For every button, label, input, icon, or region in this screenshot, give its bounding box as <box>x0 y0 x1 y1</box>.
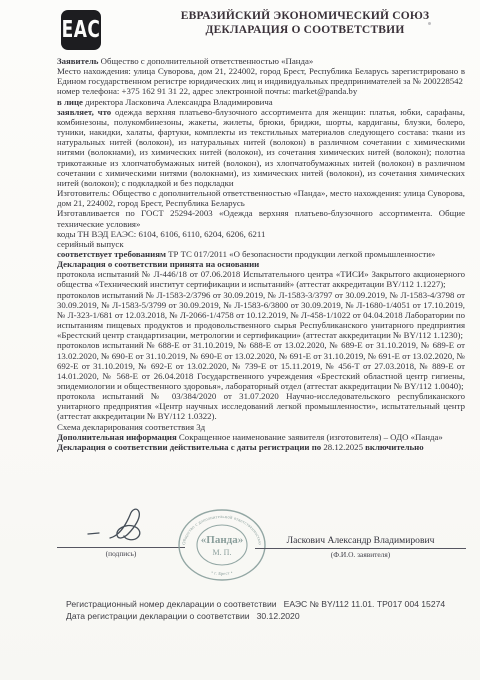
paragraph: Изготовитель: Общество с дополнительной … <box>57 188 465 208</box>
declaration-document-page: ЕАС ЕВРАЗИЙСКИЙ ЭКОНОМИЧЕСКИЙ СОЮЗ ДЕКЛА… <box>0 0 480 680</box>
registration-date-row: Дата регистрации декларации о соответств… <box>66 611 445 623</box>
paragraph: коды ТН ВЭД ЕАЭС: 6104, 6106, 6110, 6204… <box>57 229 465 239</box>
registration-block: Регистрационный номер декларации о соотв… <box>66 599 445 622</box>
registration-date-value: 30.12.2020 <box>257 611 300 621</box>
signature-line <box>57 547 185 548</box>
declarant-name-line <box>255 548 466 549</box>
paragraph: Дополнительная информация Сокращенное на… <box>57 432 465 442</box>
paragraph: протоколов испытаний № Л-1583-2/3796 от … <box>57 290 465 341</box>
paragraph: номер телефона: +375 162 91 31 22, адрес… <box>57 86 465 96</box>
paragraph: протокола испытаний № 03/384/2020 от 31.… <box>57 391 465 421</box>
paragraph: Место нахождения: улица Суворова, дом 21… <box>57 66 465 86</box>
paragraph: Декларация о соответствии действительна … <box>57 442 465 452</box>
declarant-name-caption: (Ф.И.О. заявителя) <box>255 550 466 559</box>
stamp-ring-bottom-text: • г. Брест • <box>211 570 234 577</box>
paragraph: Схема декларирования соответствия 3д <box>57 422 465 432</box>
handwritten-signature <box>84 503 162 553</box>
declarant-name: Ласкович Александр Владимирович <box>255 535 466 546</box>
stamp-mp-text: М. П. <box>213 548 232 557</box>
paragraph: Декларация о соответствии принята на осн… <box>57 259 465 269</box>
union-title: ЕВРАЗИЙСКИЙ ЭКОНОМИЧЕСКИЙ СОЮЗ <box>138 9 472 23</box>
paragraph: протоколов испытаний № 688-Е от 31.10.20… <box>57 340 465 391</box>
paragraph: протокола испытаний № Л-446/18 от 07.06.… <box>57 269 465 289</box>
paragraph: соответствует требованиям ТР ТС 017/2011… <box>57 249 465 259</box>
signature-caption: (подпись) <box>57 549 185 558</box>
registration-date-label: Дата регистрации декларации о соответств… <box>66 611 250 621</box>
scan-artifact-dot <box>428 22 431 25</box>
paragraph: заявляет, что одежда верхняя платьево-бл… <box>57 107 465 188</box>
stamp-company-name: «Панда» <box>201 534 243 546</box>
doc-title: ДЕКЛАРАЦИЯ О СООТВЕТСТВИИ <box>138 23 472 37</box>
svg-text:• г. Брест •: • г. Брест • <box>211 570 234 577</box>
registration-number-value: ЕАЭС № BY/112 11.01. ТР017 004 15274 <box>284 599 446 609</box>
registration-number-row: Регистрационный номер декларации о соотв… <box>66 599 445 611</box>
paragraph: серийный выпуск <box>57 239 465 249</box>
eac-logo: ЕАС <box>61 10 101 50</box>
paragraph: Изготавливается по ГОСТ 25294-2003 «Одеж… <box>57 208 465 228</box>
document-body: Заявитель Общество с дополнительной отве… <box>57 56 465 452</box>
registration-number-label: Регистрационный номер декларации о соотв… <box>66 599 277 609</box>
document-header: ЕВРАЗИЙСКИЙ ЭКОНОМИЧЕСКИЙ СОЮЗ ДЕКЛАРАЦИ… <box>138 9 472 37</box>
eac-logo-text: ЕАС <box>62 17 101 44</box>
paragraph: Заявитель Общество с дополнительной отве… <box>57 56 465 66</box>
paragraph: в лице директора Ласковича Александра Вл… <box>57 97 465 107</box>
